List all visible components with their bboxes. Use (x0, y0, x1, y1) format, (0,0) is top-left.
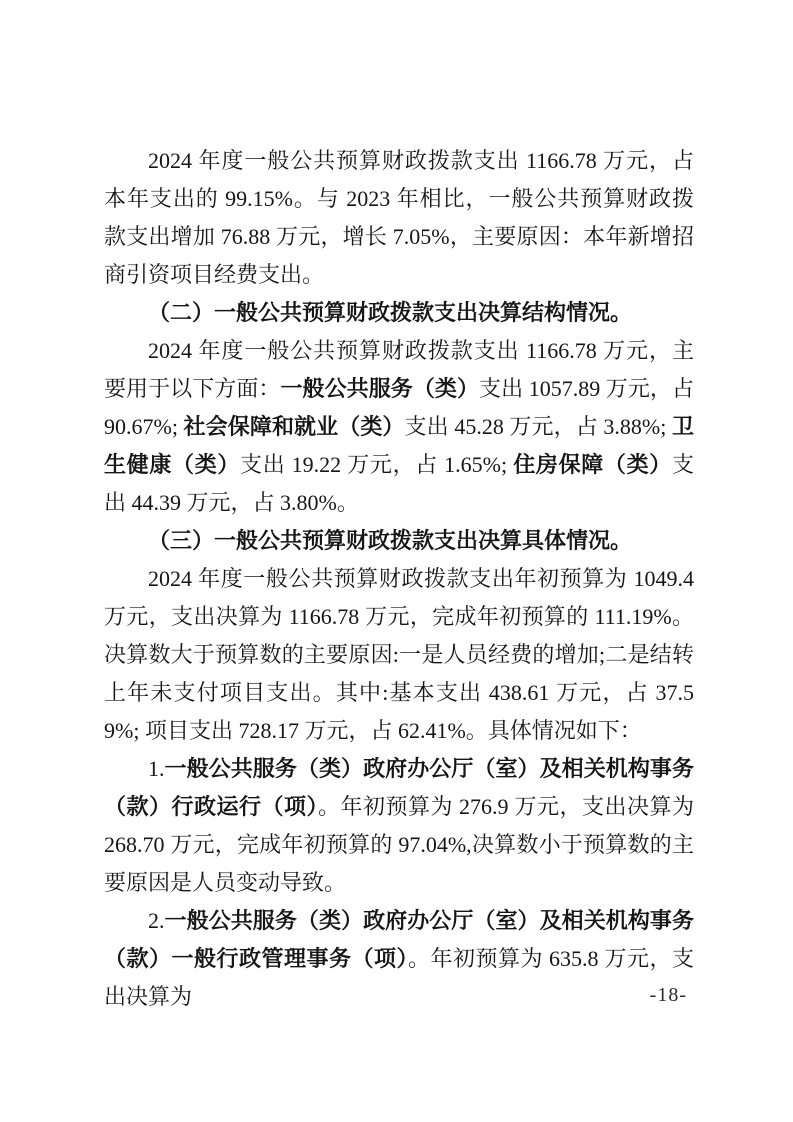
bold-text-run: 一般公共服务（类） (281, 376, 480, 401)
page-number: -18- (650, 984, 687, 1007)
paragraph: 1.一般公共服务（类）政府办公厅（室）及相关机构事务（款）行政运行（项）。年初预… (104, 750, 694, 902)
text-run: 支出 19.22 万元，占 1.65%; (240, 452, 513, 477)
text-run: 2024 年度一般公共预算财政拨款支出年初预算为 1049.4 万元，支出决算为… (104, 566, 694, 743)
bold-text-run: 住房保障（类） (513, 452, 672, 477)
text-run: 2. (148, 908, 165, 933)
document-body: 2024 年度一般公共预算财政拨款支出 1166.78 万元，占本年支出的 99… (104, 142, 694, 1016)
paragraph: 2024 年度一般公共预算财政拨款支出年初预算为 1049.4 万元，支出决算为… (104, 560, 694, 750)
document-page: 2024 年度一般公共预算财政拨款支出 1166.78 万元，占本年支出的 99… (0, 0, 793, 1122)
paragraph: 2024 年度一般公共预算财政拨款支出 1166.78 万元，占本年支出的 99… (104, 142, 694, 294)
paragraph: 2.一般公共服务（类）政府办公厅（室）及相关机构事务（款）一般行政管理事务（项）… (104, 902, 694, 1016)
bold-text-run: （二）一般公共预算财政拨款支出决算结构情况。 (148, 300, 632, 325)
section-heading: （二）一般公共预算财政拨款支出决算结构情况。 (104, 294, 694, 332)
bold-text-run: （三）一般公共预算财政拨款支出决算具体情况。 (148, 528, 632, 553)
paragraph: 2024 年度一般公共预算财政拨款支出 1166.78 万元，主要用于以下方面：… (104, 332, 694, 522)
text-run: 2024 年度一般公共预算财政拨款支出 1166.78 万元，占本年支出的 99… (104, 148, 694, 287)
section-heading: （三）一般公共预算财政拨款支出决算具体情况。 (104, 522, 694, 560)
text-run: 支出 45.28 万元，占 3.88%; (405, 414, 672, 439)
text-run: 1. (148, 756, 165, 781)
bold-text-run: 社会保障和就业（类） (184, 414, 405, 439)
